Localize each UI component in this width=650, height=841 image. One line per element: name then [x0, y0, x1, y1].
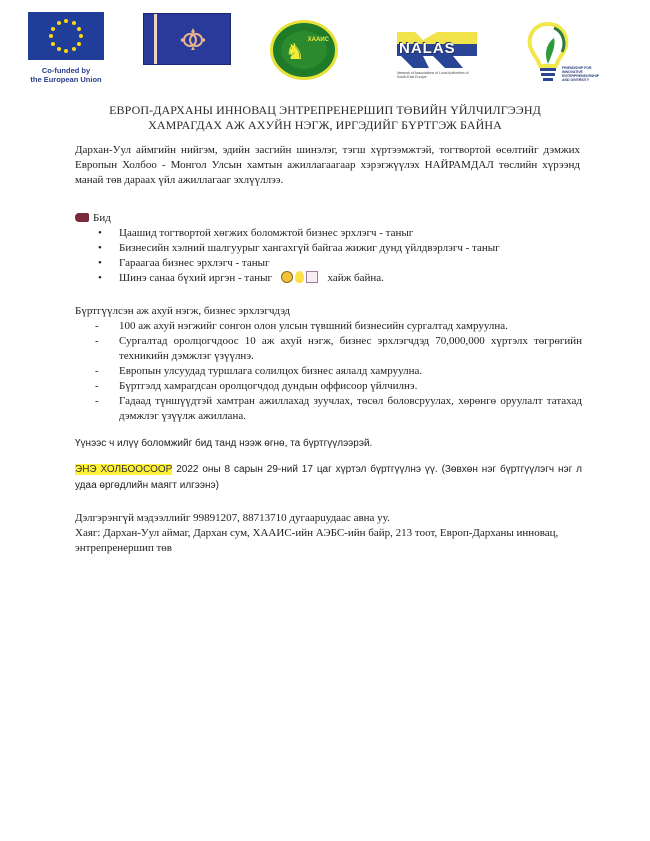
- more-opportunities-text: Үүнээс ч илүү боломжийг бид танд нээж өг…: [75, 436, 372, 451]
- eu-star-icon: [57, 47, 61, 51]
- title-line-1: ЕВРОП-ДАРХАНЫ ИННОВАЦ ЭНТРЕПРЕНЕРШИП ТӨВ…: [70, 103, 580, 118]
- eu-star-icon: [72, 21, 76, 25]
- eu-star-icon: [64, 19, 68, 23]
- eu-star-icon: [79, 34, 83, 38]
- eu-star-icon: [57, 21, 61, 25]
- eu-star-icon: [49, 34, 53, 38]
- list-item-text: Шинэ санаа бүхий иргэн - таныг: [119, 272, 272, 284]
- checkbox-icon: [306, 271, 318, 283]
- eu-caption: Co-funded by the European Union: [26, 66, 106, 84]
- contact-block: Дэлгэрэнгүй мэдээллийг 99891207, 8871371…: [75, 511, 582, 556]
- we-heading: Бид: [75, 211, 111, 226]
- list-item: Гараагаа бизнес эрхлэгч - таныг: [98, 256, 500, 271]
- list-item: Бүртгэлд хамрагдсан оролцогчдод дундын о…: [95, 379, 582, 394]
- list-item-text: Цаашид тогтвортой хөгжих боломжтой бизне…: [119, 227, 413, 239]
- registration-link[interactable]: ЭНЭ ХОЛБООСООР: [75, 464, 172, 475]
- title-line-2: ХАМРАГДАХ АЖ АХУЙН НЭГЖ, ИРГЭДИЙГ БҮРТГЭ…: [70, 118, 580, 133]
- seeking-list: Цаашид тогтвортой хөгжих боломжтой бизне…: [98, 226, 500, 286]
- horse-icon: ♞: [285, 39, 305, 65]
- darkhan-flag-icon: [143, 13, 231, 65]
- benefits-list: 100 аж ахуй нэгжийг сонгон олон улсын тү…: [95, 319, 582, 424]
- darkhan-emblem-icon: [180, 26, 206, 52]
- eu-logo: Co-funded by the European Union: [26, 12, 106, 84]
- deadline-paragraph: ЭНЭ ХОЛБООСООР 2022 оны 8 сарын 29-ний 1…: [75, 462, 582, 494]
- list-item: Гадаад түншүүдтэй хамтран ажиллахад зууч…: [95, 394, 582, 424]
- eu-star-icon: [51, 27, 55, 31]
- eu-flag-icon: [28, 12, 104, 60]
- seeking-tail: хайж байна.: [328, 272, 384, 284]
- nalas-subtext: Network of Associations of Local Authori…: [397, 71, 479, 79]
- lightbulb-icon: [295, 271, 304, 283]
- eu-star-icon: [51, 42, 55, 46]
- list-item: Сургалтад оролцогчдоос 10 аж ахуй нэгж, …: [95, 334, 582, 364]
- we-label: Бид: [93, 212, 111, 224]
- flag-stripe: [154, 14, 157, 64]
- list-item: 100 аж ахуй нэгжийг сонгон олон улсын тү…: [95, 319, 582, 334]
- logo-bar: Co-funded by the European Union ♞ ХААИС …: [0, 8, 650, 90]
- smile-icon: [281, 271, 293, 283]
- eu-caption-line2: the European Union: [26, 75, 106, 84]
- eu-star-icon: [72, 47, 76, 51]
- friendship-subtext: FRIENDSHIP FOR INNOVATIVE ENTERPRENEURSH…: [562, 66, 606, 82]
- haais-text: ХААИС: [308, 37, 329, 43]
- list-item: Шинэ санаа бүхий иргэн - таныг хайж байн…: [98, 271, 500, 286]
- haais-seal-icon: ♞ ХААИС: [270, 20, 338, 80]
- list-item-text: Гараагаа бизнес эрхлэгч - таныг: [119, 257, 270, 269]
- list-item: Европын улсуудад туршлага солилцох бизне…: [95, 364, 582, 379]
- contact-address: Хаяг: Дархан-Уул аймаг, Дархан сум, ХААИ…: [75, 526, 582, 556]
- document-title: ЕВРОП-ДАРХАНЫ ИННОВАЦ ЭНТРЕПРЕНЕРШИП ТӨВ…: [70, 103, 580, 133]
- nalas-wordmark: NALAS: [399, 40, 456, 57]
- nalas-logo-icon: NALAS Network of Associations of Local A…: [393, 28, 483, 84]
- intro-paragraph: Дархан-Уул аймгийн нийгэм, эдийн засгийн…: [75, 143, 580, 188]
- list-item: Цаашид тогтвортой хөгжих боломжтой бизне…: [98, 226, 500, 241]
- pointing-hand-icon: [75, 213, 89, 222]
- friendship-bulb-icon: FRIENDSHIP FOR INNOVATIVE ENTERPRENEURSH…: [526, 20, 606, 90]
- list-item-text: Бизнесийн хэлний шалгуурыг хангахгүй бай…: [119, 242, 500, 254]
- eu-caption-line1: Co-funded by: [26, 66, 106, 75]
- eu-star-icon: [64, 49, 68, 53]
- list-item: Бизнесийн хэлний шалгуурыг хангахгүй бай…: [98, 241, 500, 256]
- eu-star-icon: [77, 27, 81, 31]
- contact-phones: Дэлгэрэнгүй мэдээллийг 99891207, 8871371…: [75, 511, 582, 526]
- registered-heading: Бүртгүүлсэн аж ахуй нэгж, бизнес эрхлэгч…: [75, 304, 290, 319]
- eu-star-icon: [77, 42, 81, 46]
